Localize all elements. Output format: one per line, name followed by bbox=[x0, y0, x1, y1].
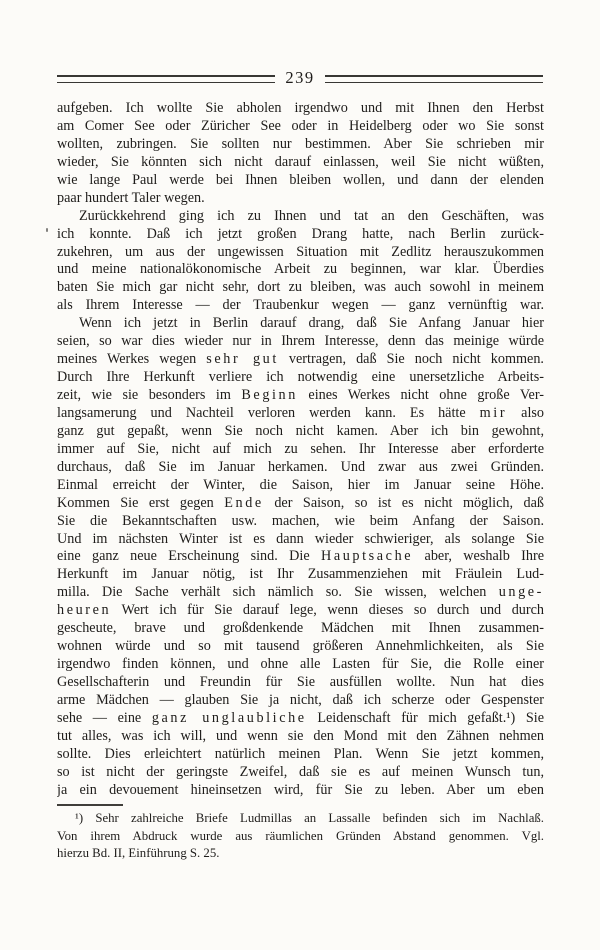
book-page: 239 aufgeben. Ich wollte Sie abholen irg… bbox=[0, 0, 600, 950]
text-line: baten Sie mich gar nicht sehr, dort zu b… bbox=[57, 279, 544, 297]
page-number: 239 bbox=[275, 70, 324, 87]
text-line: irgendwo finden können, und ohne alle La… bbox=[57, 656, 544, 674]
letterspaced-text: Hauptsache bbox=[321, 548, 413, 564]
text-line: Sie die Bekanntschaften usw. machen, wie… bbox=[57, 513, 544, 531]
text-line: arme Mädchen — glauben Sie ja nicht, daß… bbox=[57, 692, 544, 710]
text-line: Herkunft im Januar nötig, ist Ihr Zusamm… bbox=[57, 566, 544, 584]
text-line: Einmal erreicht der Winter, die Saison, … bbox=[57, 477, 544, 495]
text-line: paar hundert Taler wegen. bbox=[57, 190, 544, 208]
page-header: 239 bbox=[57, 69, 543, 89]
letterspaced-text: sehr gut bbox=[206, 351, 279, 367]
text-line: und meine nationalökonomische Arbeit zu … bbox=[57, 261, 544, 279]
text-line: ganz gut gepaßt, wenn Sie noch nicht kam… bbox=[57, 423, 544, 441]
letterspaced-text: mir bbox=[480, 405, 508, 421]
text-line: sollte. Dies erleichtert natürlich meine… bbox=[57, 746, 544, 764]
text-line: so ist nicht der geringste Zweifel, daß … bbox=[57, 764, 544, 782]
text-line: sehe — eine ganz unglaubliche Leidenscha… bbox=[57, 710, 544, 728]
text-line: tut alles, was ich will, und wenn sie de… bbox=[57, 728, 544, 746]
letterspaced-text: heuren bbox=[57, 602, 111, 618]
text-line: gescheute, brave und großdenkende Mädche… bbox=[57, 620, 544, 638]
text-line: seien, so war dies wieder nur in Ihrem I… bbox=[57, 333, 544, 351]
text-line: ja ein devouement hineinsetzen wird, für… bbox=[57, 782, 544, 800]
header-rule-right bbox=[325, 75, 543, 83]
text-line: aufgeben. Ich wollte Sie abholen irgendw… bbox=[57, 100, 544, 118]
text-line: milla. Die Sache verhält sich nämlich so… bbox=[57, 584, 544, 602]
text-line: meines Werkes wegen sehr gut vertragen, … bbox=[57, 351, 544, 369]
header-rule-left bbox=[57, 75, 275, 83]
text-line: ¹) Sehr zahlreiche Briefe Ludmillas an L… bbox=[57, 810, 544, 828]
text-line: Wenn ich jetzt in Berlin darauf drang, d… bbox=[57, 315, 544, 333]
text-line: Gesellschafterin und Freundin für Sie au… bbox=[57, 674, 544, 692]
text-line: eine ganz neue Erscheinung sind. Die Hau… bbox=[57, 548, 544, 566]
scan-artifact bbox=[46, 228, 48, 232]
body-text: aufgeben. Ich wollte Sie abholen irgendw… bbox=[57, 100, 544, 800]
text-line: wollten, zubringen. Sie sollten nur best… bbox=[57, 136, 544, 154]
text-line: als Ihrem Interesse — der Traubenkur weg… bbox=[57, 297, 544, 315]
text-line: wohnen würde und so mit tausend größeren… bbox=[57, 638, 544, 656]
letterspaced-text: Ende bbox=[224, 495, 264, 511]
text-line: wieder, Sie könnten sich nicht darauf ei… bbox=[57, 154, 544, 172]
text-line: Von ihrem Abdruck wurde aus räumlichen G… bbox=[57, 828, 544, 846]
text-line: langsamerung und Nachteil verloren werde… bbox=[57, 405, 544, 423]
text-line: durchaus, daß Sie im Januar herkamen. Un… bbox=[57, 459, 544, 477]
text-line: Zurückkehrend ging ich zu Ihnen und tat … bbox=[57, 208, 544, 226]
text-line: Kommen Sie erst gegen Ende der Saison, s… bbox=[57, 495, 544, 513]
letterspaced-text: ganz unglaubliche bbox=[152, 710, 307, 726]
text-line: immer auf Sie, nicht auf mich zu sehen. … bbox=[57, 441, 544, 459]
footnote: ¹) Sehr zahlreiche Briefe Ludmillas an L… bbox=[57, 810, 544, 863]
text-line: am Comer See oder Züricher See oder in H… bbox=[57, 118, 544, 136]
footnote-separator bbox=[57, 804, 123, 806]
letterspaced-text: Beginn bbox=[241, 387, 298, 403]
text-line: ich konnte. Daß ich jetzt großen Drang h… bbox=[57, 226, 544, 244]
text-line: Und im nächsten Winter ist es dann wiede… bbox=[57, 531, 544, 549]
text-line: Durch Ihre Herkunft verliere ich notwend… bbox=[57, 369, 544, 387]
text-line: hierzu Bd. II, Einführung S. 25. bbox=[57, 845, 544, 863]
text-line: zukehren, um aus der ungewissen Situatio… bbox=[57, 244, 544, 262]
text-line: heuren Wert ich für Sie darauf lege, wen… bbox=[57, 602, 544, 620]
text-line: wie lange Paul werde bei Ihnen bleiben w… bbox=[57, 172, 544, 190]
text-line: zeit, wie sie besonders im Beginn eines … bbox=[57, 387, 544, 405]
letterspaced-text: unge- bbox=[499, 584, 544, 600]
